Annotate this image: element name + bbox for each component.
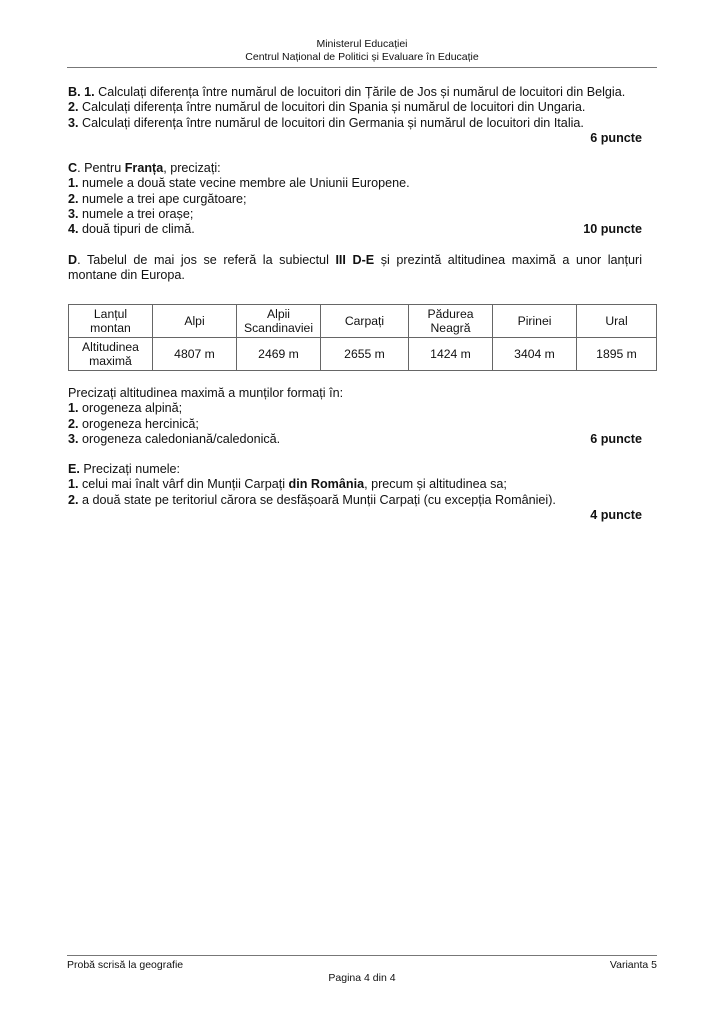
footer-exam-name: Probă scrisă la geografie — [67, 959, 183, 971]
section-e-points: 4 puncte — [68, 508, 642, 523]
table-row-value-label: Altitudineamaximă — [69, 338, 153, 371]
item-number: 4. — [68, 222, 79, 236]
column-name-line: Pădurea — [427, 307, 473, 321]
item-text: orogeneza hercinică; — [79, 417, 199, 431]
column-name-line: Pirinei — [518, 314, 552, 328]
item-text: numele a două state vecine membre ale Un… — [79, 176, 410, 190]
section-d-questions: Precizați altitudinea maximă a munților … — [68, 386, 642, 523]
table-row: Altitudineamaximă 4807 m2469 m2655 m1424… — [69, 338, 657, 371]
label-line: Lanțul — [94, 307, 127, 321]
section-d-question: Precizați altitudinea maximă a munților … — [68, 386, 642, 401]
section-letter: D — [68, 253, 77, 267]
question-d2: 2. orogeneza hercinică; — [68, 417, 642, 432]
item-text: numele a trei orașe; — [79, 207, 194, 221]
label-line: maximă — [89, 354, 132, 368]
page-header: Ministerul Educației Centrul Național de… — [67, 38, 657, 64]
column-name-line: Neagră — [431, 321, 471, 335]
item-text: orogeneza caledoniană/caledonică. — [79, 432, 281, 446]
item-number: 3. — [68, 116, 79, 130]
table-cell-altitude: 3404 m — [493, 338, 577, 371]
table-cell-altitude: 4807 m — [153, 338, 237, 371]
section-letter: E. — [68, 462, 80, 476]
item-body: 3. orogeneza caledoniană/caledonică. — [68, 432, 280, 447]
section-b-points: 6 puncte — [68, 131, 642, 146]
column-name-line: Scandinaviei — [244, 321, 313, 335]
item-body: 4. două tipuri de climă. — [68, 222, 195, 237]
intro-text: . Pentru — [77, 161, 125, 175]
table-cell-altitude: 1895 m — [577, 338, 657, 371]
item-text: numele a trei ape curgătoare; — [79, 192, 247, 206]
table-row-header-label: Lanțulmontan — [69, 305, 153, 338]
section-d-intro-block: D. Tabelul de mai jos se referă la subie… — [68, 253, 642, 284]
section-e-intro: E. Precizați numele: — [68, 462, 642, 477]
item-number: 1. — [68, 477, 79, 491]
footer-divider — [67, 955, 657, 956]
column-name-line: Alpi — [184, 314, 204, 328]
section-letter: C — [68, 161, 77, 175]
table-column-header: Alpi — [153, 305, 237, 338]
table-column-header: Carpați — [321, 305, 409, 338]
table-cell-altitude: 2469 m — [237, 338, 321, 371]
section-c-points: 10 puncte — [583, 222, 642, 237]
intro-bold: III D-E — [335, 253, 374, 267]
item-text: celui mai înalt vârf din Munții Carpați — [79, 477, 289, 491]
table-cell-altitude: 1424 m — [409, 338, 493, 371]
section-b: B. 1. Calculați diferența între numărul … — [68, 85, 642, 146]
item-text: orogeneza alpină; — [79, 401, 183, 415]
section-c-intro: C. Pentru Franța, precizați: — [68, 161, 642, 176]
section-c: C. Pentru Franța, precizați: 1. numele a… — [68, 161, 642, 237]
question-b2: 2. Calculați diferența între numărul de … — [68, 100, 642, 115]
question-d3: 3. orogeneza caledoniană/caledonică.6 pu… — [68, 432, 642, 447]
column-name-line: Carpați — [345, 314, 384, 328]
item-text: a două state pe teritoriul cărora se des… — [79, 493, 556, 507]
header-center: Centrul Național de Politici și Evaluare… — [67, 51, 657, 64]
table-column-header: Ural — [577, 305, 657, 338]
label-line: Altitudinea — [82, 340, 139, 354]
section-d-points: 6 puncte — [590, 432, 642, 447]
item-number: 3. — [68, 207, 79, 221]
table-column-header: PădureaNeagră — [409, 305, 493, 338]
column-name-line: Ural — [605, 314, 627, 328]
altitude-table: Lanțulmontan AlpiAlpiiScandinavieiCarpaț… — [68, 304, 657, 371]
question-c4: 4. două tipuri de climă.10 puncte — [68, 222, 642, 237]
section-d-intro: D. Tabelul de mai jos se referă la subie… — [68, 253, 642, 284]
item-number: 2. — [68, 493, 79, 507]
header-divider — [67, 67, 657, 68]
question-e2: 2. a două state pe teritoriul cărora se … — [68, 493, 642, 508]
question-b3: 3. Calculați diferența între numărul de … — [68, 116, 642, 131]
column-name-line: Alpii — [267, 307, 290, 321]
page-content: B. 1. Calculați diferența între numărul … — [68, 85, 642, 298]
intro-text: Precizați numele: — [80, 462, 180, 476]
label-line: montan — [90, 321, 131, 335]
table-header-row: Lanțulmontan AlpiAlpiiScandinavieiCarpaț… — [69, 305, 657, 338]
item-bold: din România — [289, 477, 365, 491]
item-text: , precum și altitudinea sa; — [364, 477, 507, 491]
footer-page-number: Pagina 4 din 4 — [0, 972, 724, 984]
intro-text: . Tabelul de mai jos se referă la subiec… — [77, 253, 335, 267]
question-b1: B. 1. Calculați diferența între numărul … — [68, 85, 642, 100]
table-column-header: AlpiiScandinaviei — [237, 305, 321, 338]
question-c2: 2. numele a trei ape curgătoare; — [68, 192, 642, 207]
item-text: Calculați diferența între numărul de loc… — [95, 85, 626, 99]
table-column-header: Pirinei — [493, 305, 577, 338]
intro-text: , precizați: — [163, 161, 220, 175]
item-number: 2. — [68, 417, 79, 431]
header-ministry: Ministerul Educației — [67, 38, 657, 51]
item-number: 1. — [68, 176, 79, 190]
footer-variant: Varianta 5 — [610, 959, 657, 971]
item-text: două tipuri de climă. — [79, 222, 195, 236]
table-cell-altitude: 2655 m — [321, 338, 409, 371]
item-number: B. 1. — [68, 85, 95, 99]
question-e1: 1. celui mai înalt vârf din Munții Carpa… — [68, 477, 642, 492]
question-c1: 1. numele a două state vecine membre ale… — [68, 176, 642, 191]
item-text: Calculați diferența între numărul de loc… — [79, 100, 586, 114]
item-text: Calculați diferența între numărul de loc… — [79, 116, 584, 130]
item-number: 1. — [68, 401, 79, 415]
question-d1: 1. orogeneza alpină; — [68, 401, 642, 416]
question-c3: 3. numele a trei orașe; — [68, 207, 642, 222]
item-number: 2. — [68, 192, 79, 206]
item-number: 2. — [68, 100, 79, 114]
intro-bold: Franța — [125, 161, 164, 175]
item-number: 3. — [68, 432, 79, 446]
